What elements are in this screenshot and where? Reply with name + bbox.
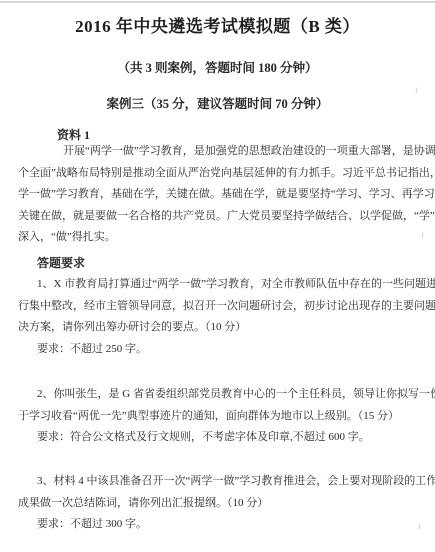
question-line: 2、你叫张生，是 G 省省委组织部党员教育中心的一个主任科员，领导让你拟写一份关 <box>18 384 420 406</box>
page-top-border <box>0 1 435 3</box>
scan-artifact: .l <box>420 233 424 240</box>
exam-subtitle: （共 3 则案例，答题时间 180 分钟） <box>0 58 435 76</box>
case-header: 案例三（35 分，建议答题时间 70 分钟） <box>0 94 435 112</box>
material-line: 深入，“做”得扎实。 <box>18 227 420 249</box>
question-block-3: 3、材料 4 中该县准备召开一次“两学一做”学习教育推进会，会上要对现阶段的工作… <box>18 471 420 536</box>
material-line: 关键在做，就是要做一名合格的共产党员。广大党员要坚持学做结合、以学促做，“学”得 <box>18 206 420 228</box>
question-line: 成果做一次总结陈词，请你列出汇报提纲。（10 分） <box>18 493 420 515</box>
question-line: 决方案，请你列出筹办研讨会的要点。（10 分） <box>18 317 420 339</box>
question-line: 3、材料 4 中该县准备召开一次“两学一做”学习教育推进会，会上要对现阶段的工作 <box>18 471 420 493</box>
question-line: 行集中整改，经市主管领导同意，拟召开一次问题研讨会，初步讨论出现存的主要问题及解 <box>18 296 420 318</box>
requirement-line: 要求：不超过 250 字。 <box>18 339 420 361</box>
material-line: 个全面”战略布局特别是推动全面从严治党向基层延伸的有力抓手。习近平总书记指出，“… <box>18 163 420 185</box>
requirement-line: 要求：不超过 300 字。 <box>18 514 420 536</box>
material-paragraph: 开展“两学一做”学习教育，是加强党的思想政治建设的一项重大部署，是协调推进“四 … <box>18 141 420 249</box>
scan-artifact: .l <box>414 88 418 95</box>
scan-artifact: .l <box>417 524 421 531</box>
answer-requirements-heading: 答题要求 <box>37 254 85 271</box>
question-line: 于学习收看“两优一先”典型事迹片的通知，面向群体为地市以上级别。（15 分） <box>18 406 420 428</box>
question-line: 1、X 市教育局打算通过“两学一做”学习教育，对全市教师队伍中存在的一些问题进 <box>18 274 420 296</box>
page-title: 2016 年中央遴选考试模拟题（B 类） <box>0 12 435 37</box>
material-line: 学一做”学习教育，基础在学，关键在做。基础在学，就是要坚持“学习、学习、再学习”… <box>18 184 420 206</box>
question-block-1: 1、X 市教育局打算通过“两学一做”学习教育，对全市教师队伍中存在的一些问题进 … <box>18 274 420 360</box>
requirement-line: 要求：符合公文格式及行文规则，不考虑字体及印章,不超过 600 字。 <box>18 427 420 449</box>
material-line: 开展“两学一做”学习教育，是加强党的思想政治建设的一项重大部署，是协调推进“四 <box>18 141 420 163</box>
question-block-2: 2、你叫张生，是 G 省省委组织部党员教育中心的一个主任科员，领导让你拟写一份关… <box>18 384 420 449</box>
